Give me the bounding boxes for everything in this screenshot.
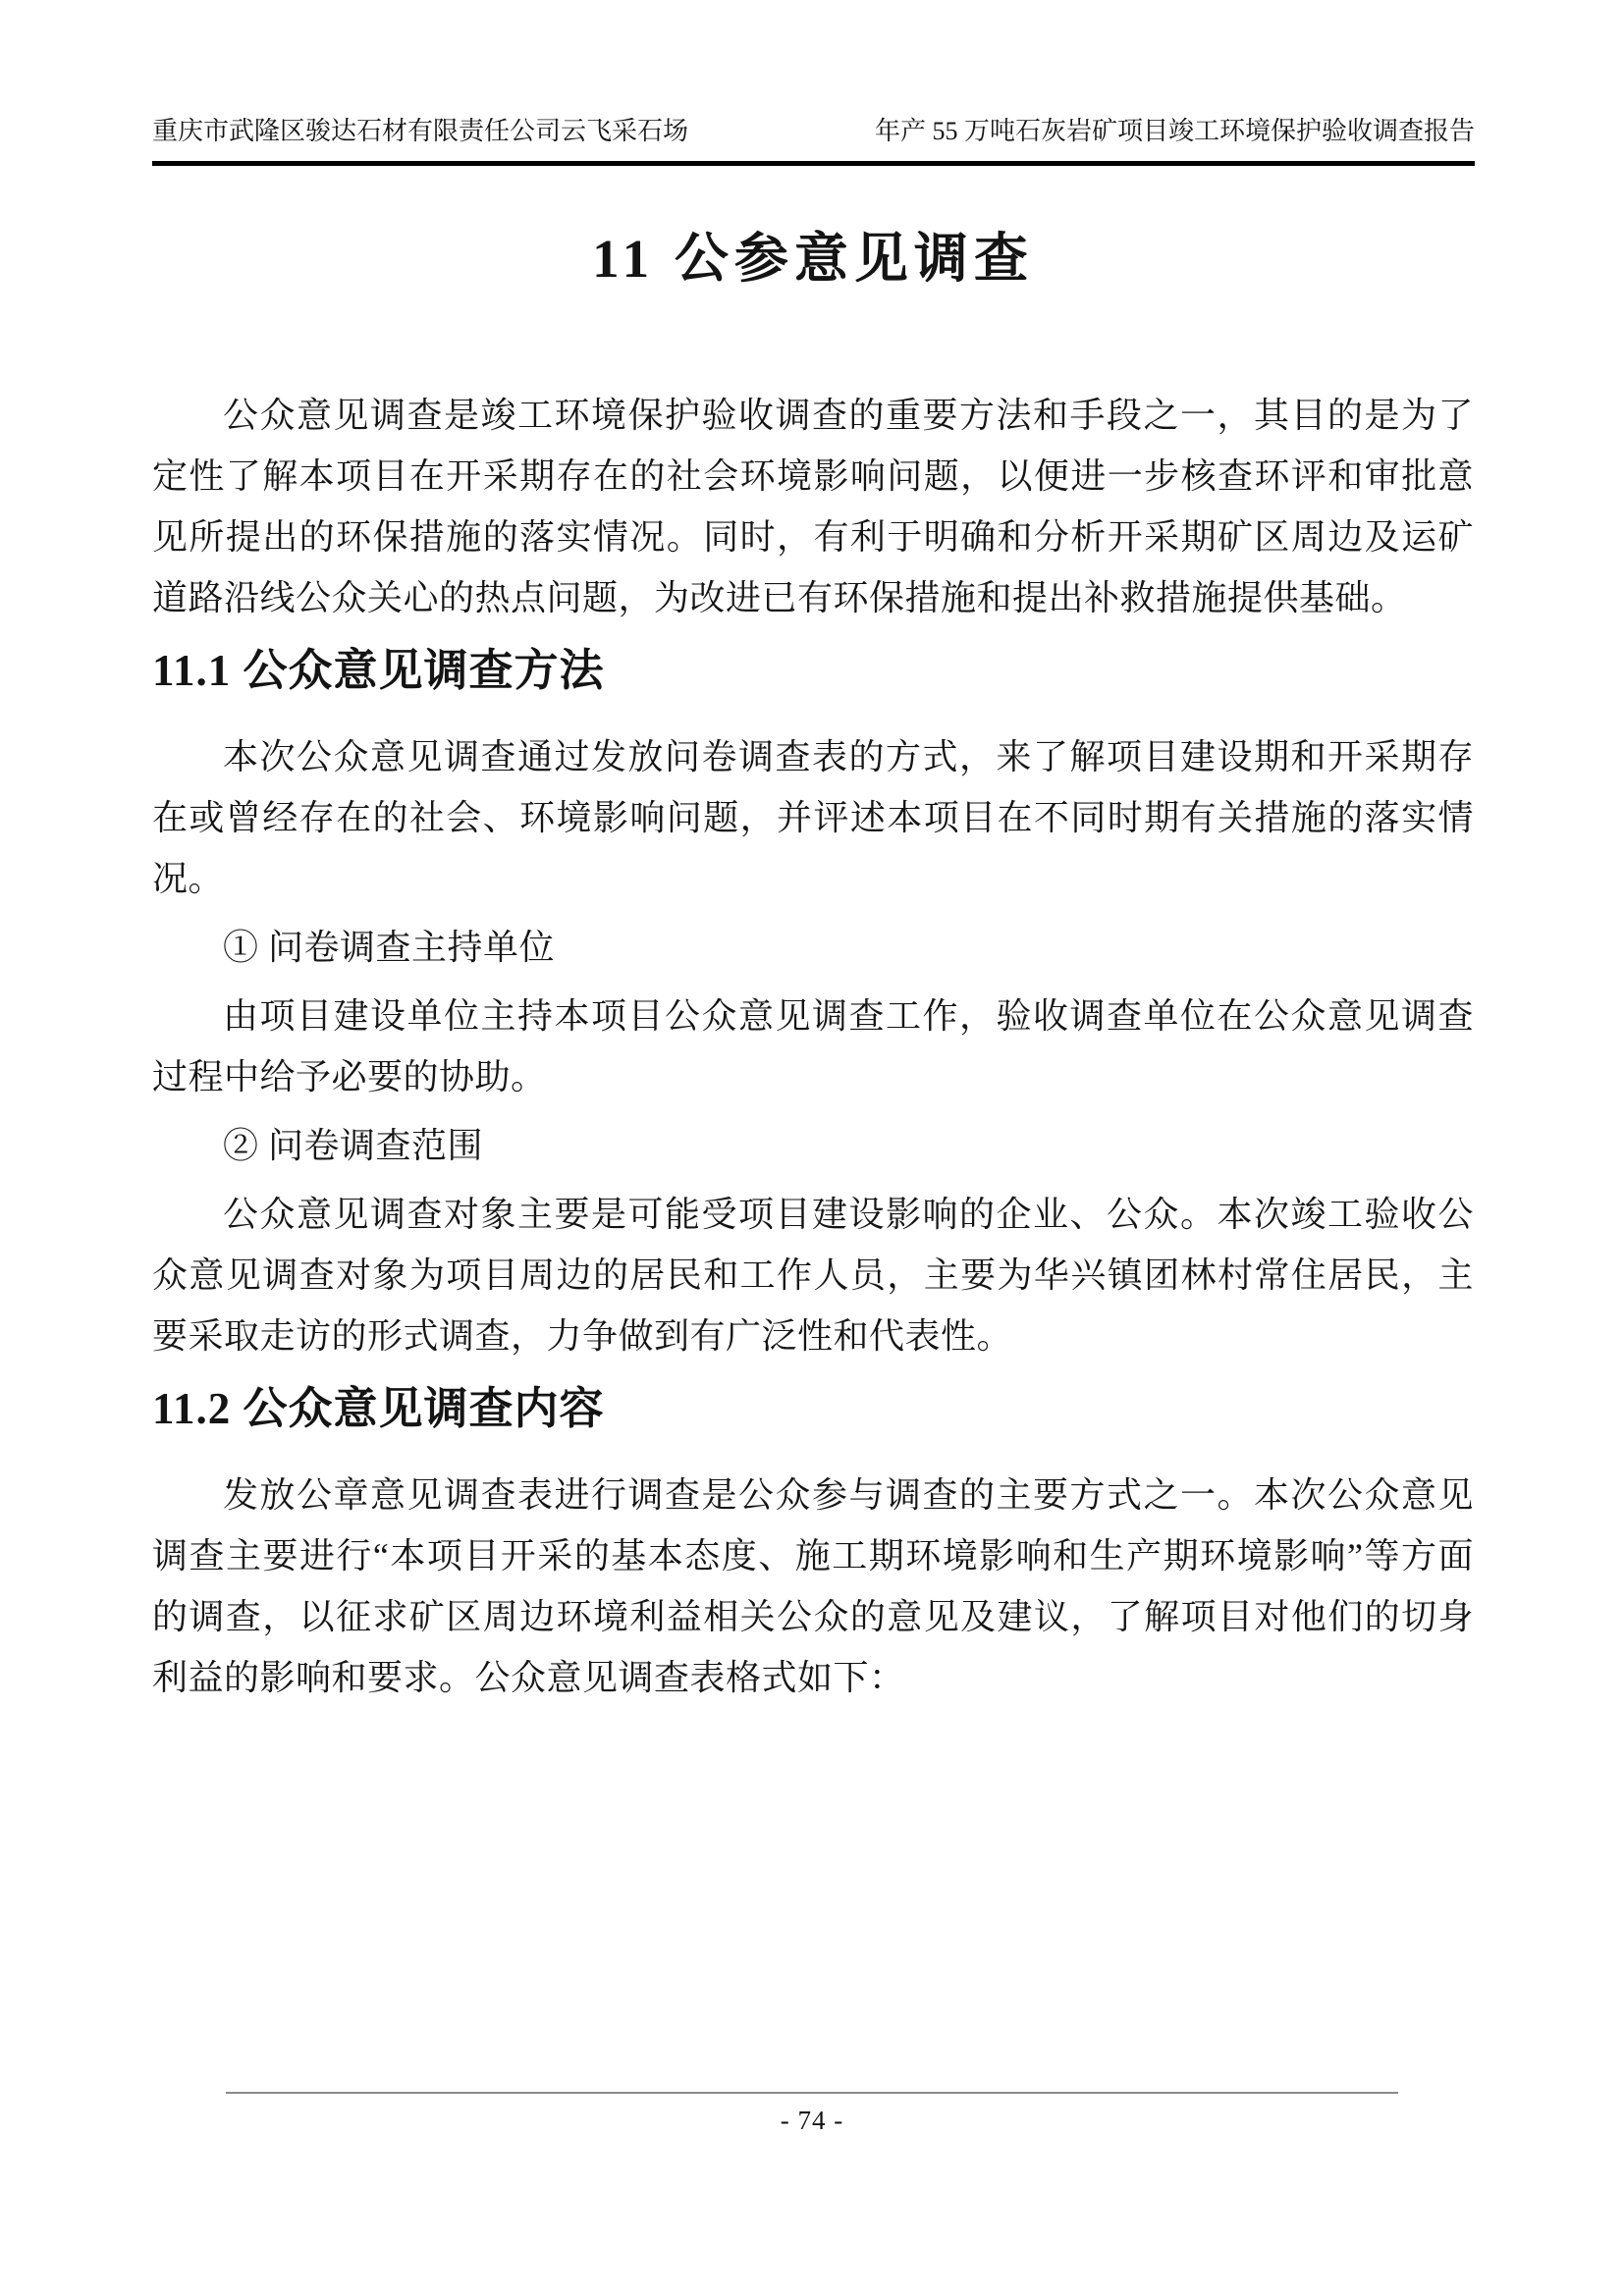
document-body: 11 公参意见调查 公众意见调查是竣工环境保护验收调查的重要方法和手段之一，其目… — [152, 218, 1474, 1708]
section-11-2-paragraph-1: 发放公章意见调查表进行调查是公众参与调查的主要方式之一。本次公众意见调查主要进行… — [152, 1465, 1474, 1708]
document-page: 重庆市武隆区骏达石材有限责任公司云飞采石场 年产 55 万吨石灰岩矿项目竣工环境… — [0, 0, 1624, 2296]
section-11-1-heading: 11.1 公众意见调查方法 — [152, 640, 1474, 701]
section-11-2-heading: 11.2 公众意见调查内容 — [152, 1378, 1474, 1439]
section-11-1-list-item-1: ① 问卷调查主持单位 — [152, 917, 1474, 978]
section-11-1-paragraph-1: 本次公众意见调查通过发放问卷调查表的方式，来了解项目建设期和开采期存在或曾经存在… — [152, 726, 1474, 909]
chapter-title: 11 公参意见调查 — [152, 218, 1474, 300]
section-11-1-paragraph-3: 公众意见调查对象主要是可能受项目建设影响的企业、公众。本次竣工验收公众意见调查对… — [152, 1184, 1474, 1366]
header-right-text: 年产 55 万吨石灰岩矿项目竣工环境保护验收调查报告 — [875, 114, 1475, 149]
header-left-text: 重庆市武隆区骏达石材有限责任公司云飞采石场 — [152, 114, 688, 149]
page-footer: - 74 - — [226, 2092, 1398, 2136]
page-header: 重庆市武隆区骏达石材有限责任公司云飞采石场 年产 55 万吨石灰岩矿项目竣工环境… — [152, 114, 1475, 166]
section-11-1-paragraph-2: 由项目建设单位主持本项目公众意见调查工作，验收调查单位在公众意见调查过程中给予必… — [152, 986, 1474, 1107]
page-number: - 74 - — [226, 2106, 1398, 2136]
section-11-1-list-item-2: ② 问卷调查范围 — [152, 1115, 1474, 1176]
intro-paragraph: 公众意见调查是竣工环境保护验收调查的重要方法和手段之一，其目的是为了定性了解本项… — [152, 385, 1474, 628]
